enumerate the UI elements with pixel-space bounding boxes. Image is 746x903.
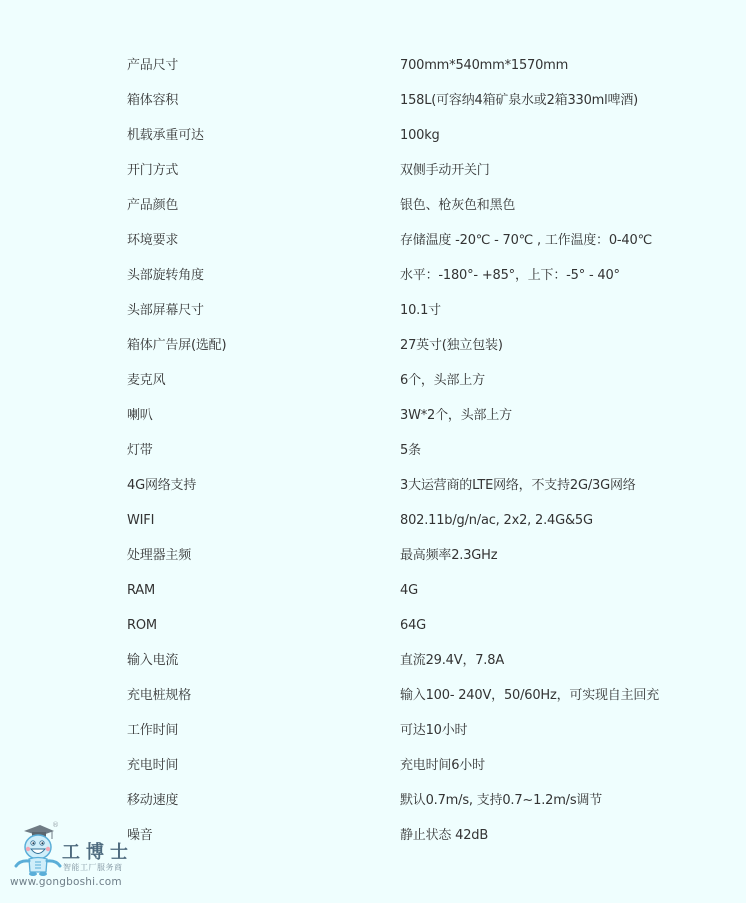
- spec-value: 3W*2个，头部上方: [400, 407, 512, 425]
- spec-value: 充电时间6小时: [400, 757, 485, 775]
- spec-row-microphone: 麦克风 6个，头部上方: [0, 363, 746, 398]
- spec-label: 工作时间: [127, 722, 178, 740]
- spec-row-4g: 4G网络支持 3大运营商的LTE网络，不支持2G/3G网络: [0, 468, 746, 503]
- spec-value: 6个，头部上方: [400, 372, 485, 390]
- spec-label: 输入电流: [127, 652, 178, 670]
- spec-row-light-strip: 灯带 5条: [0, 433, 746, 468]
- spec-row-head-screen: 头部屏幕尺寸 10.1寸: [0, 293, 746, 328]
- spec-row-door-type: 开门方式 双侧手动开关门: [0, 153, 746, 188]
- spec-label: WIFI: [127, 512, 154, 530]
- spec-label: RAM: [127, 582, 155, 600]
- spec-label: 头部屏幕尺寸: [127, 302, 204, 320]
- spec-row-charge-time: 充电时间 充电时间6小时: [0, 748, 746, 783]
- spec-label: 产品颜色: [127, 197, 178, 215]
- spec-value: 可达10小时: [400, 722, 467, 740]
- spec-row-product-size: 产品尺寸 700mm*540mm*1570mm: [0, 48, 746, 83]
- spec-row-head-rotation: 头部旋转角度 水平：-180°- +85°，上下：-5° - 40°: [0, 258, 746, 293]
- registered-mark: ®: [52, 821, 59, 829]
- spec-label: 喇叭: [127, 407, 153, 425]
- spec-value: 64G: [400, 617, 426, 635]
- spec-label: 开门方式: [127, 162, 178, 180]
- spec-value: 水平：-180°- +85°，上下：-5° - 40°: [400, 267, 620, 285]
- spec-table: 产品尺寸 700mm*540mm*1570mm 箱体容积 158L(可容纳4箱矿…: [0, 48, 746, 853]
- spec-row-ad-screen: 箱体广告屏(选配) 27英寸(独立包装): [0, 328, 746, 363]
- spec-value: 802.11b/g/n/ac, 2x2, 2.4G&5G: [400, 512, 593, 530]
- spec-label: 充电时间: [127, 757, 178, 775]
- spec-label: 环境要求: [127, 232, 178, 250]
- spec-value: 存储温度 -20℃ - 70℃ , 工作温度：0-40℃: [400, 232, 652, 250]
- spec-row-speed: 移动速度 默认0.7m/s, 支持0.7~1.2m/s调节: [0, 783, 746, 818]
- spec-row-product-color: 产品颜色 银色、枪灰色和黑色: [0, 188, 746, 223]
- spec-label: ROM: [127, 617, 157, 635]
- spec-value: 158L(可容纳4箱矿泉水或2箱330ml啤酒): [400, 92, 638, 110]
- spec-value: 输入100- 240V，50/60Hz，可实现自主回充: [400, 687, 659, 705]
- spec-label: 箱体广告屏(选配): [127, 337, 226, 355]
- spec-value: 700mm*540mm*1570mm: [400, 57, 568, 75]
- mascot-icon: [10, 822, 64, 878]
- logo-url: www.gongboshi.com: [10, 876, 122, 888]
- spec-row-speaker: 喇叭 3W*2个，头部上方: [0, 398, 746, 433]
- spec-row-box-volume: 箱体容积 158L(可容纳4箱矿泉水或2箱330ml啤酒): [0, 83, 746, 118]
- spec-label: 充电桩规格: [127, 687, 191, 705]
- spec-label: 移动速度: [127, 792, 178, 810]
- watermark-logo: ® 工博士 智能工厂服务商 www.gongboshi.com: [6, 820, 146, 895]
- spec-value: 4G: [400, 582, 418, 600]
- spec-label: 4G网络支持: [127, 477, 196, 495]
- spec-row-rom: ROM 64G: [0, 608, 746, 643]
- spec-value: 银色、枪灰色和黑色: [400, 197, 515, 215]
- spec-value: 100kg: [400, 127, 440, 145]
- spec-label: 机载承重可达: [127, 127, 204, 145]
- spec-row-work-time: 工作时间 可达10小时: [0, 713, 746, 748]
- spec-row-charger: 充电桩规格 输入100- 240V，50/60Hz，可实现自主回充: [0, 678, 746, 713]
- spec-value: 最高频率2.3GHz: [400, 547, 497, 565]
- spec-value: 直流29.4V，7.8A: [400, 652, 504, 670]
- spec-label: 产品尺寸: [127, 57, 178, 75]
- spec-value: 静止状态 42dB: [400, 827, 488, 845]
- spec-value: 双侧手动开关门: [400, 162, 490, 180]
- spec-value: 3大运营商的LTE网络，不支持2G/3G网络: [400, 477, 636, 495]
- spec-label: 处理器主频: [127, 547, 191, 565]
- spec-row-wifi: WIFI 802.11b/g/n/ac, 2x2, 2.4G&5G: [0, 503, 746, 538]
- spec-row-payload: 机载承重可达 100kg: [0, 118, 746, 153]
- spec-row-cpu: 处理器主频 最高频率2.3GHz: [0, 538, 746, 573]
- spec-label: 麦克风: [127, 372, 165, 390]
- spec-row-environment: 环境要求 存储温度 -20℃ - 70℃ , 工作温度：0-40℃: [0, 223, 746, 258]
- spec-label: 箱体容积: [127, 92, 178, 110]
- spec-label: 头部旋转角度: [127, 267, 204, 285]
- spec-value: 默认0.7m/s, 支持0.7~1.2m/s调节: [400, 792, 602, 810]
- logo-tagline: 智能工厂服务商: [63, 862, 123, 873]
- spec-value: 5条: [400, 442, 421, 460]
- spec-label: 灯带: [127, 442, 153, 460]
- spec-row-ram: RAM 4G: [0, 573, 746, 608]
- spec-value: 27英寸(独立包装): [400, 337, 503, 355]
- spec-value: 10.1寸: [400, 302, 441, 320]
- spec-row-input-current: 输入电流 直流29.4V，7.8A: [0, 643, 746, 678]
- logo-brand-name: 工博士: [62, 838, 134, 864]
